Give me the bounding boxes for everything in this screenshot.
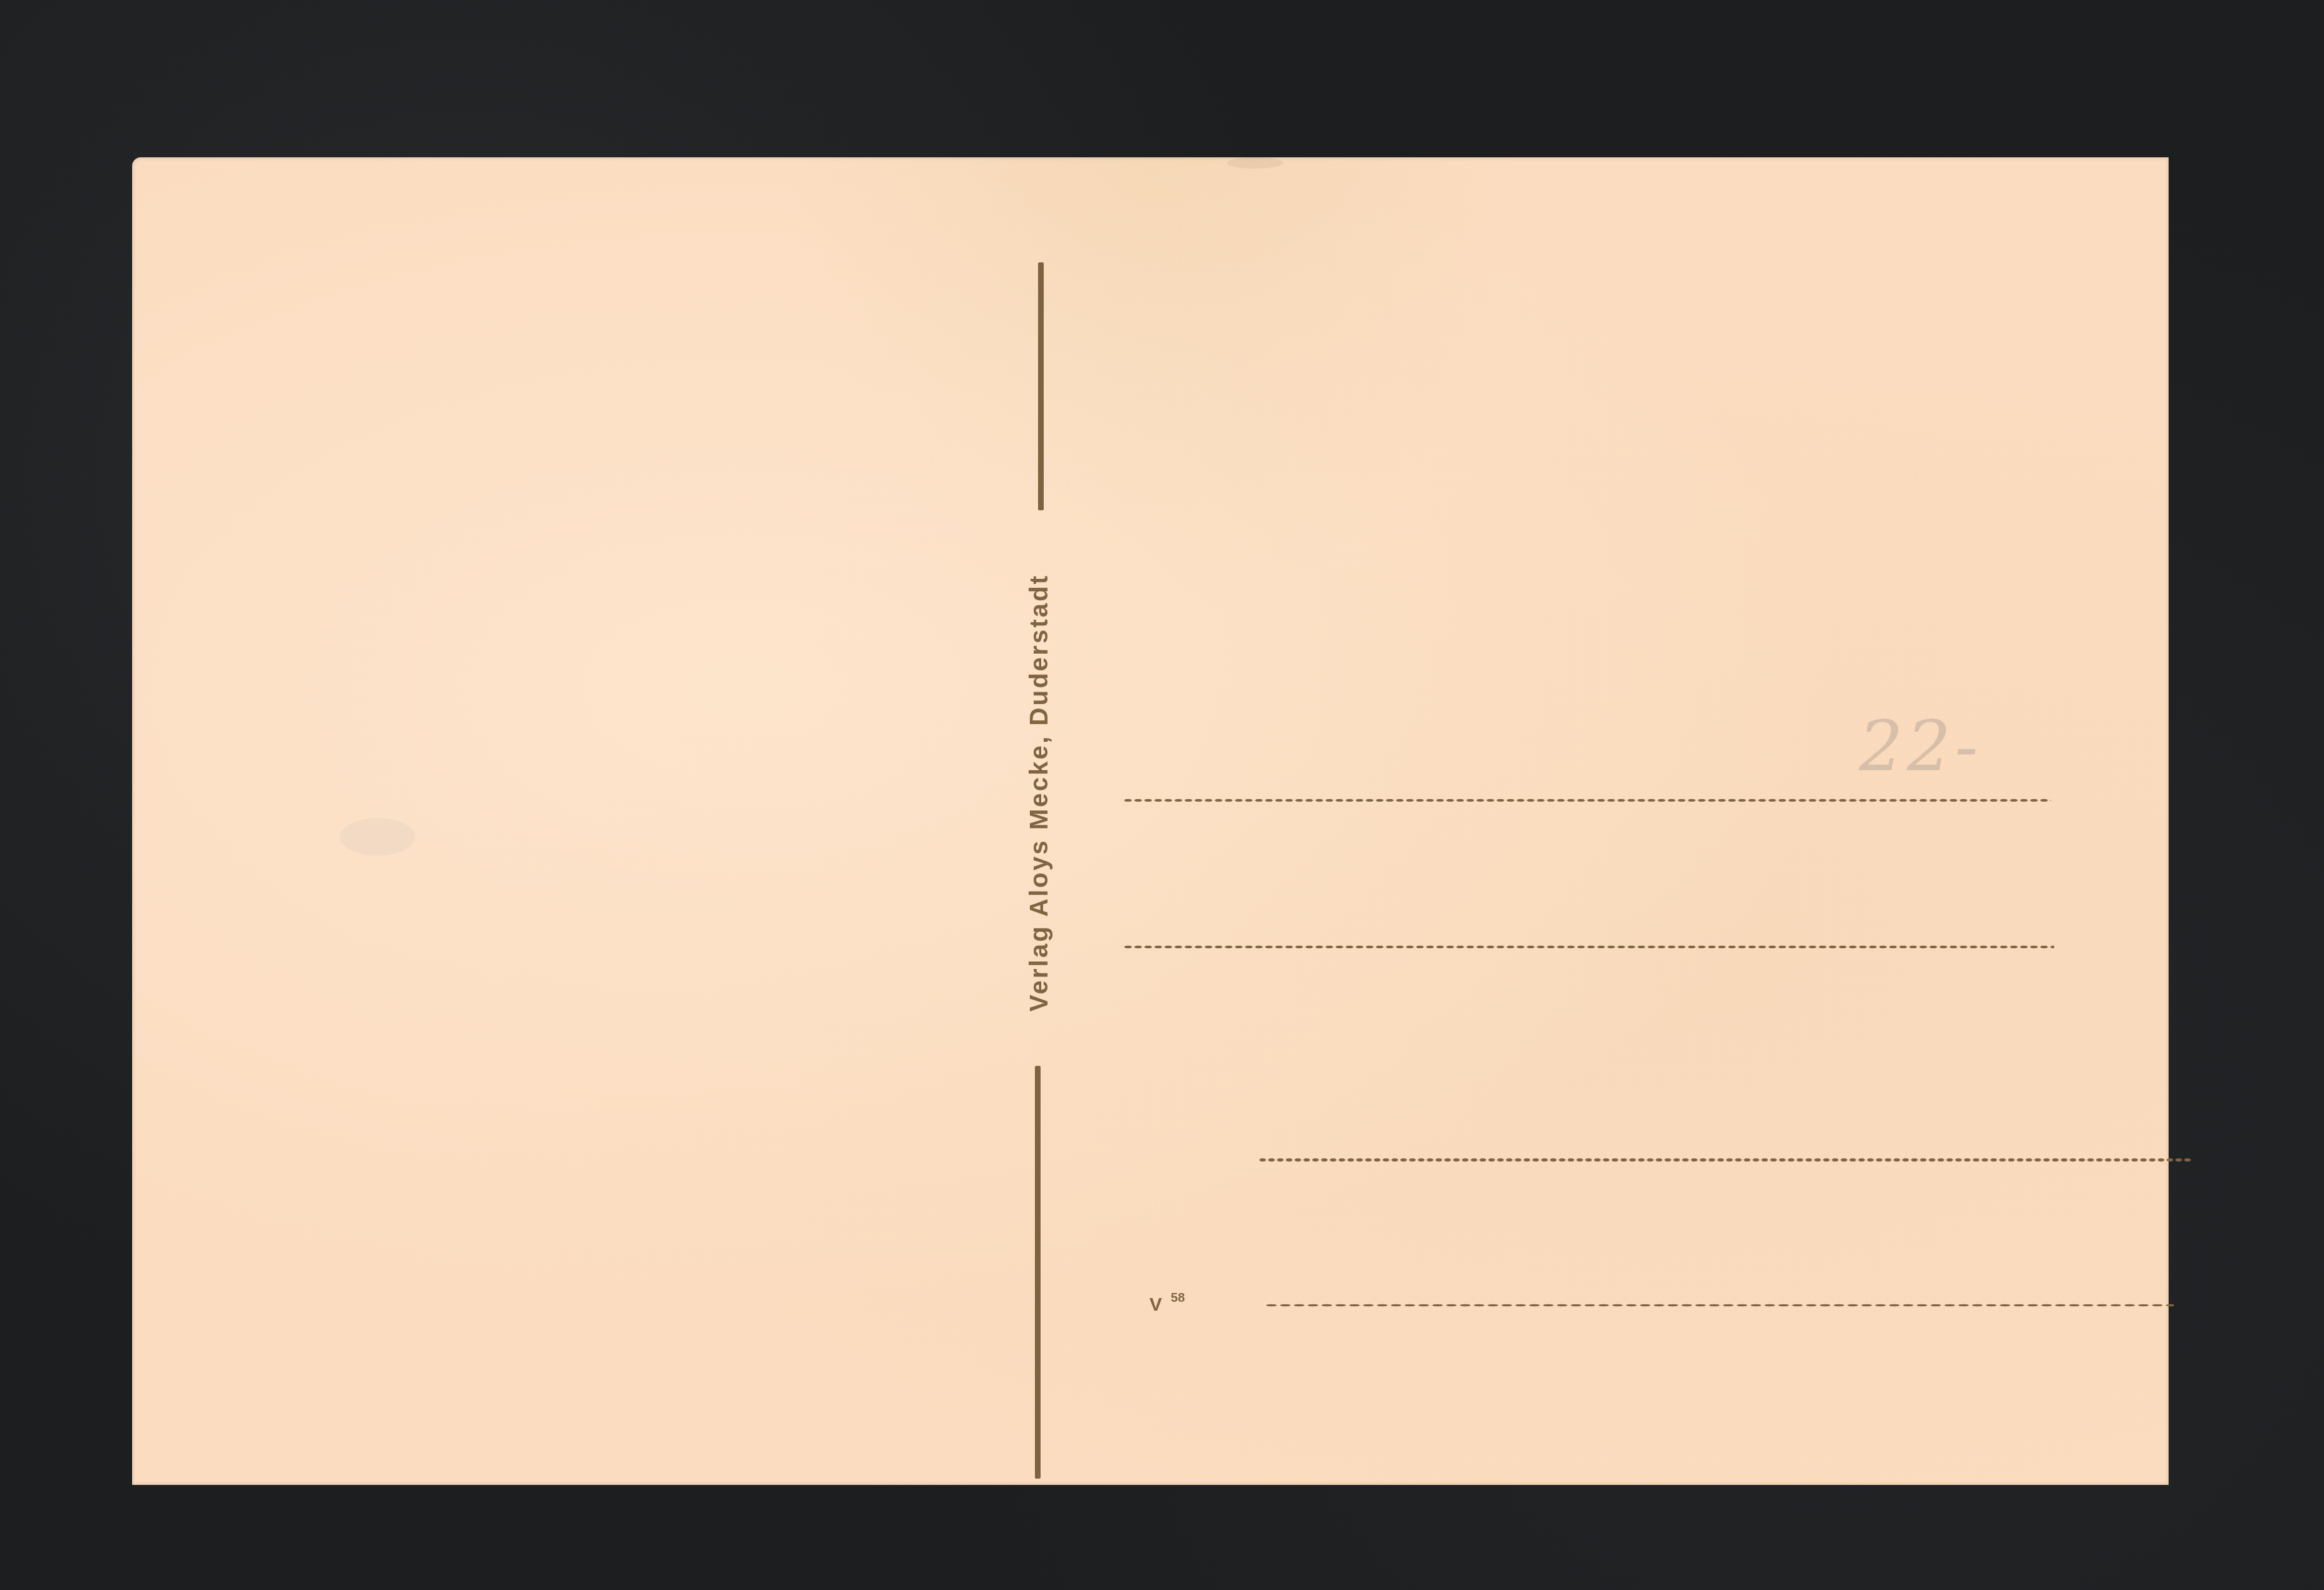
address-line-1	[1123, 798, 2051, 802]
pencil-price-note: 22-	[1859, 706, 1982, 787]
address-line-4	[1265, 1304, 2174, 1307]
printer-code-number: 58	[1171, 1291, 1185, 1305]
printer-code-letter: V	[1149, 1294, 1162, 1315]
paper-stain	[1227, 157, 1283, 169]
postcard-back: Verlag Aloys Mecke, Duderstadt 22- V58	[132, 157, 2169, 1485]
divider-line-bottom	[1035, 1066, 1041, 1479]
divider-line-top	[1038, 262, 1044, 510]
paper-stain	[340, 818, 415, 856]
printer-code: V58	[1149, 1291, 1185, 1316]
publisher-imprint: Verlag Aloys Mecke, Duderstadt	[1025, 574, 1054, 1011]
address-line-3	[1258, 1158, 2193, 1162]
address-line-2	[1123, 945, 2054, 949]
